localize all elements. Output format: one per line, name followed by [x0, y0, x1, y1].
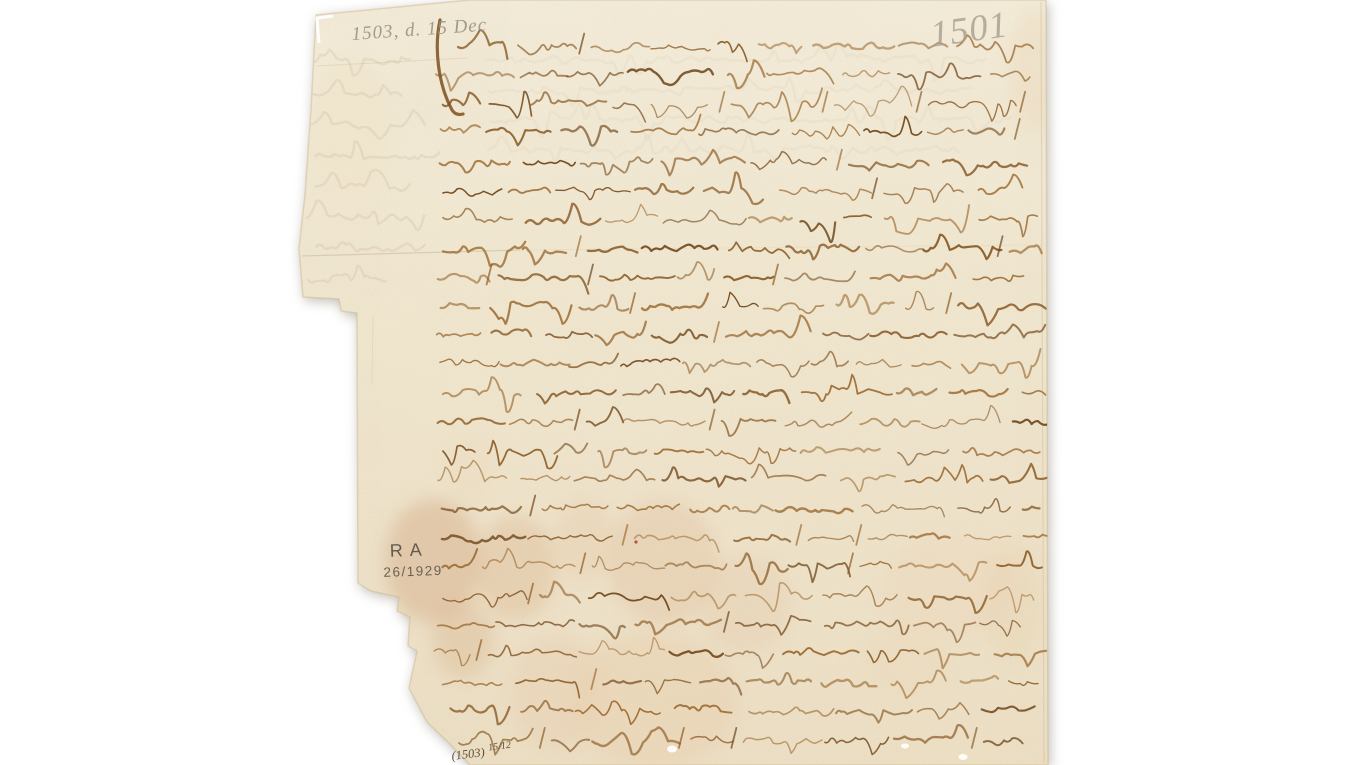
stain-blob [476, 516, 556, 620]
paper-hole [959, 754, 968, 760]
document-scan: 1503, d. 15 Dec 1501 RA 26/1929 (1503) 1… [0, 0, 1360, 765]
stain-blob [442, 436, 498, 504]
stain-blob [433, 602, 493, 678]
paper-hole [901, 744, 909, 749]
scan-background: 1503, d. 15 Dec 1501 RA 26/1929 (1503) 1… [0, 0, 1360, 765]
paper-hole [667, 746, 677, 753]
ink-speck [634, 540, 637, 543]
stain-blob [1009, 10, 1061, 130]
stamp-text-number: 26/1929 [383, 563, 443, 580]
stamp-text-ra: RA [389, 539, 429, 560]
stain-blob [314, 60, 386, 200]
